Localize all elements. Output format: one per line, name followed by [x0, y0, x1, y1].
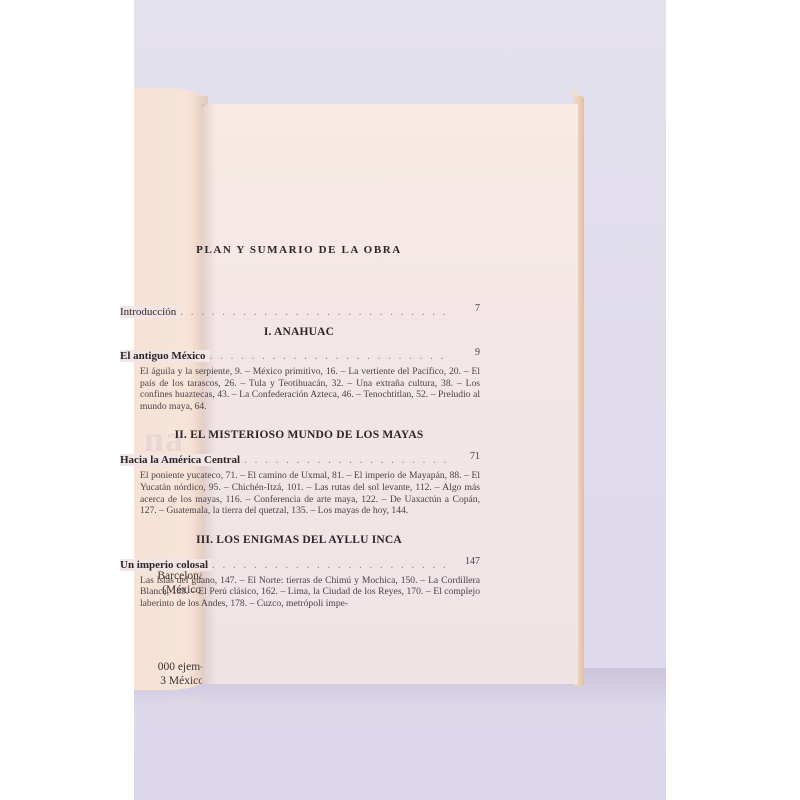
table-of-contents: PLAN Y SUMARIO DE LA OBRA Introducción. …: [120, 244, 480, 610]
leader-dots: Hacia la América Central. . . . . . . . …: [120, 454, 450, 466]
toc-title: PLAN Y SUMARIO DE LA OBRA: [120, 244, 478, 256]
chapter-summary: El poniente yucateco, 71. – El camino de…: [120, 470, 480, 516]
leader-dots: Introducción. . . . . . . . . . . . . . …: [120, 306, 450, 318]
toc-chapter: Hacia la América Central. . . . . . . . …: [120, 454, 480, 470]
left-page-showthrough-text: ICXDO: [138, 694, 204, 709]
toc-entry-introduction: Introducción. . . . . . . . . . . . . . …: [120, 306, 480, 322]
page-number: 147: [465, 556, 480, 567]
leader-dots: El antiguo México. . . . . . . . . . . .…: [120, 350, 450, 362]
toc-chapter: El antiguo México. . . . . . . . . . . .…: [120, 350, 480, 366]
page-number: 9: [475, 347, 480, 358]
chapter-summary: El águila y la serpiente, 9. – México pr…: [120, 366, 480, 412]
leader-dots: Un imperio colosal. . . . . . . . . . . …: [120, 559, 450, 571]
section-heading: II. EL MISTERIOSO MUNDO DE LOS MAYAS: [120, 429, 478, 441]
chapter-summary: Las islas del guano, 147. – El Norte: ti…: [120, 575, 480, 610]
toc-chapter: Un imperio colosal. . . . . . . . . . . …: [120, 559, 480, 575]
page-number: 7: [475, 303, 480, 314]
page-number: 71: [470, 451, 480, 462]
section-heading: I. ANAHUAC: [120, 326, 478, 338]
section-heading: III. LOS ENIGMAS DEL AYLLU INCA: [120, 534, 478, 546]
page-edge-top: [570, 90, 578, 94]
